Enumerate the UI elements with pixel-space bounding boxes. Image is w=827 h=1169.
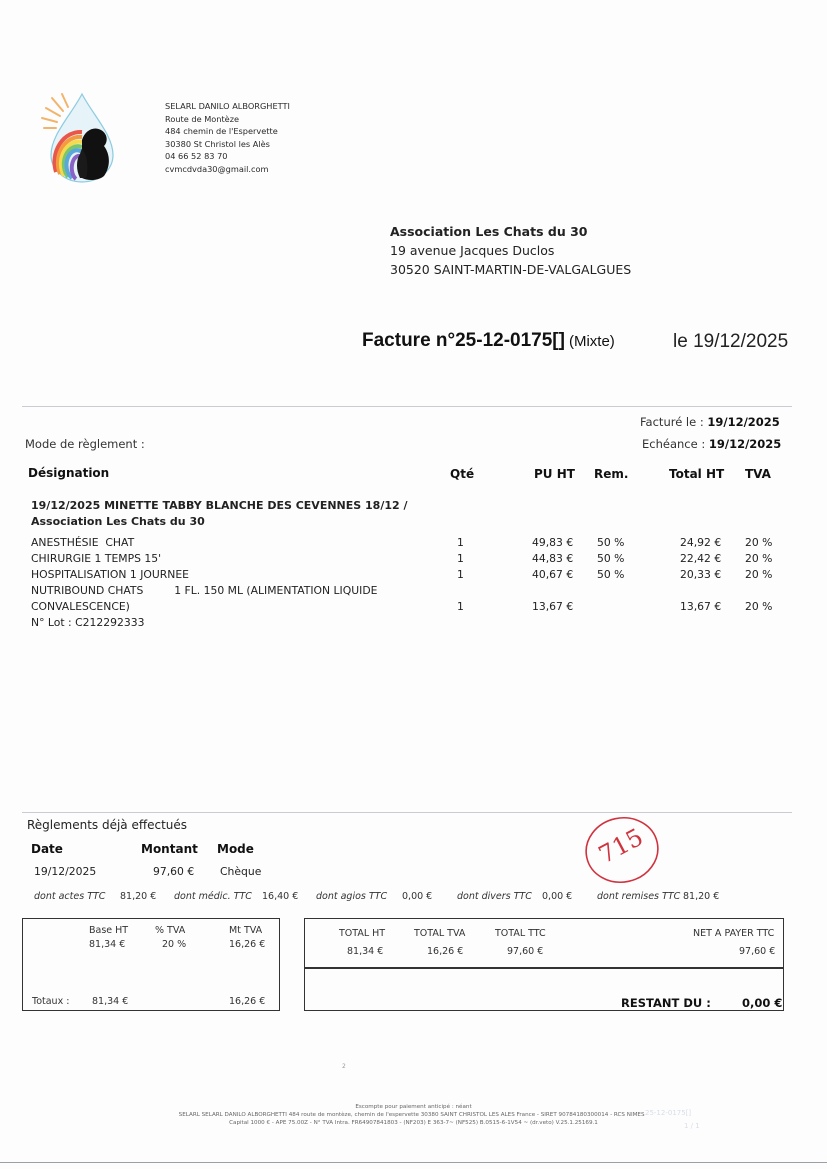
breakdown-value: 0,00 € bbox=[402, 891, 432, 902]
col-discount: Rem. bbox=[594, 467, 628, 481]
payment-mode: Chèque bbox=[220, 865, 261, 878]
remaining-due-value: 0,00 € bbox=[742, 996, 782, 1010]
payments-col-date: Date bbox=[31, 842, 63, 856]
page-edge bbox=[0, 1162, 827, 1163]
divider bbox=[22, 812, 792, 813]
breakdown-label: dont agios TTC bbox=[316, 891, 387, 902]
invoice-date: le 19/12/2025 bbox=[673, 331, 788, 353]
client-address: Association Les Chats du 30 19 avenue Ja… bbox=[390, 222, 631, 279]
vat-totals-label: Totaux : bbox=[32, 996, 69, 1007]
line-group-title: 19/12/2025 MINETTE TABBY BLANCHE DES CEV… bbox=[31, 499, 408, 512]
due-label: Echéance : bbox=[642, 437, 705, 451]
line-discount: 50 % bbox=[597, 536, 624, 549]
breakdown-value: 0,00 € bbox=[542, 891, 572, 902]
due-date: Echéance : 19/12/2025 bbox=[642, 437, 781, 451]
breakdown-label: dont divers TTC bbox=[457, 891, 532, 902]
client-street: 19 avenue Jacques Duclos bbox=[390, 241, 631, 260]
vat-col-rate: % TVA bbox=[155, 925, 185, 936]
footer-invoice-ref: 25-12-0175[] bbox=[645, 1109, 691, 1117]
col-unit-price: PU HT bbox=[534, 467, 575, 481]
line-total: 20,33 € bbox=[680, 568, 721, 581]
payments-col-amount: Montant bbox=[141, 842, 198, 856]
line-total: 24,92 € bbox=[680, 536, 721, 549]
breakdown-value: 81,20 € bbox=[120, 891, 156, 902]
net-to-pay-label: NET A PAYER TTC bbox=[693, 928, 774, 939]
line-unit-price: 49,83 € bbox=[532, 536, 573, 549]
col-designation: Désignation bbox=[28, 466, 109, 480]
vat-amount-value: 16,26 € bbox=[229, 939, 265, 950]
footer-line: SELARL SELARL DANILO ALBORGHETTI 484 rou… bbox=[0, 1111, 827, 1119]
line-designation: HOSPITALISATION 1 JOURNEE bbox=[31, 568, 189, 581]
vet-address-line: 484 chemin de l'Espervette bbox=[165, 125, 290, 138]
line-designation: CHIRURGIE 1 TEMPS 15' bbox=[31, 552, 161, 565]
vet-name: SELARL DANILO ALBORGHETTI bbox=[165, 100, 290, 113]
clinic-logo bbox=[38, 90, 118, 185]
totals-divider bbox=[305, 967, 783, 969]
vet-address-line: Route de Montèze bbox=[165, 113, 290, 126]
net-to-pay-value: 97,60 € bbox=[739, 946, 775, 957]
client-city: 30520 SAINT-MARTIN-DE-VALGALGUES bbox=[390, 260, 631, 279]
invoice-type: (Mixte) bbox=[569, 333, 615, 350]
line-qty: 1 bbox=[457, 536, 464, 549]
line-designation: ANESTHÉSIE CHAT bbox=[31, 536, 134, 549]
remaining-due-label: RESTANT DU : bbox=[621, 996, 711, 1010]
vet-email: cvmcdvda30@gmail.com bbox=[165, 163, 290, 176]
line-vat: 20 % bbox=[745, 536, 772, 549]
vat-totals-amount: 16,26 € bbox=[229, 996, 265, 1007]
vet-phone: 04 66 52 83 70 bbox=[165, 150, 290, 163]
line-group-subtitle: Association Les Chats du 30 bbox=[31, 515, 205, 528]
line-total: 13,67 € bbox=[680, 600, 721, 613]
col-vat: TVA bbox=[745, 467, 771, 481]
due-value: 19/12/2025 bbox=[709, 437, 781, 451]
payment-date: 19/12/2025 bbox=[34, 865, 96, 878]
line-discount: 50 % bbox=[597, 552, 624, 565]
breakdown-label: dont médic. TTC bbox=[174, 891, 252, 902]
col-total: Total HT bbox=[669, 467, 724, 481]
line-vat: 20 % bbox=[745, 568, 772, 581]
page-marker: 2 bbox=[342, 1063, 346, 1070]
line-qty: 1 bbox=[457, 552, 464, 565]
breakdown-label: dont remises TTC bbox=[597, 891, 680, 902]
client-name: Association Les Chats du 30 bbox=[390, 222, 631, 241]
invoiced-date: Facturé le : 19/12/2025 bbox=[640, 415, 780, 429]
vat-totals-base: 81,34 € bbox=[92, 996, 128, 1007]
breakdown-label: dont actes TTC bbox=[34, 891, 105, 902]
invoice-title: Facture n°25-12-0175[](Mixte) bbox=[362, 330, 615, 352]
payments-title: Règlements déjà effectués bbox=[27, 818, 187, 832]
payments-col-mode: Mode bbox=[217, 842, 254, 856]
footer-page-number: 1 / 1 bbox=[684, 1122, 700, 1130]
total-tva-value: 16,26 € bbox=[427, 946, 463, 957]
total-ttc-label: TOTAL TTC bbox=[495, 928, 546, 939]
line-qty: 1 bbox=[457, 568, 464, 581]
line-vat: 20 % bbox=[745, 600, 772, 613]
vat-col-amount: Mt TVA bbox=[229, 925, 262, 936]
breakdown-value: 81,20 € bbox=[683, 891, 719, 902]
vat-rate-value: 20 % bbox=[162, 939, 186, 950]
invoice-number: Facture n°25-12-0175[] bbox=[362, 330, 565, 351]
handwritten-note: 715 bbox=[582, 812, 664, 884]
line-lot-number: N° Lot : C212292333 bbox=[31, 616, 144, 629]
payment-amount: 97,60 € bbox=[153, 865, 194, 878]
drop-pets-rainbow-icon bbox=[38, 90, 118, 185]
footer-legal: Escompte pour paiement anticipé : néant … bbox=[0, 1103, 827, 1127]
vat-base-value: 81,34 € bbox=[89, 939, 125, 950]
total-ht-value: 81,34 € bbox=[347, 946, 383, 957]
line-designation: NUTRIBOUND CHATS 1 FL. 150 ML (ALIMENTAT… bbox=[31, 584, 377, 597]
divider bbox=[22, 406, 792, 407]
total-ht-label: TOTAL HT bbox=[339, 928, 385, 939]
col-qty: Qté bbox=[450, 467, 474, 481]
line-unit-price: 44,83 € bbox=[532, 552, 573, 565]
invoiced-label: Facturé le : bbox=[640, 415, 704, 429]
total-ttc-value: 97,60 € bbox=[507, 946, 543, 957]
footer-line: Escompte pour paiement anticipé : néant bbox=[0, 1103, 827, 1111]
vet-info: SELARL DANILO ALBORGHETTI Route de Montè… bbox=[165, 100, 290, 175]
payment-mode-label: Mode de règlement : bbox=[25, 437, 145, 451]
line-unit-price: 13,67 € bbox=[532, 600, 573, 613]
line-discount: 50 % bbox=[597, 568, 624, 581]
line-total: 22,42 € bbox=[680, 552, 721, 565]
footer-line: Capital 1000 € - APE 75.00Z - N° TVA Int… bbox=[0, 1119, 827, 1127]
invoiced-value: 19/12/2025 bbox=[707, 415, 779, 429]
vet-address-line: 30380 St Christol les Alès bbox=[165, 138, 290, 151]
breakdown-value: 16,40 € bbox=[262, 891, 298, 902]
line-qty: 1 bbox=[457, 600, 464, 613]
vat-col-base: Base HT bbox=[89, 925, 128, 936]
line-designation-cont: CONVALESCENCE) bbox=[31, 600, 130, 613]
total-tva-label: TOTAL TVA bbox=[414, 928, 465, 939]
line-unit-price: 40,67 € bbox=[532, 568, 573, 581]
line-vat: 20 % bbox=[745, 552, 772, 565]
